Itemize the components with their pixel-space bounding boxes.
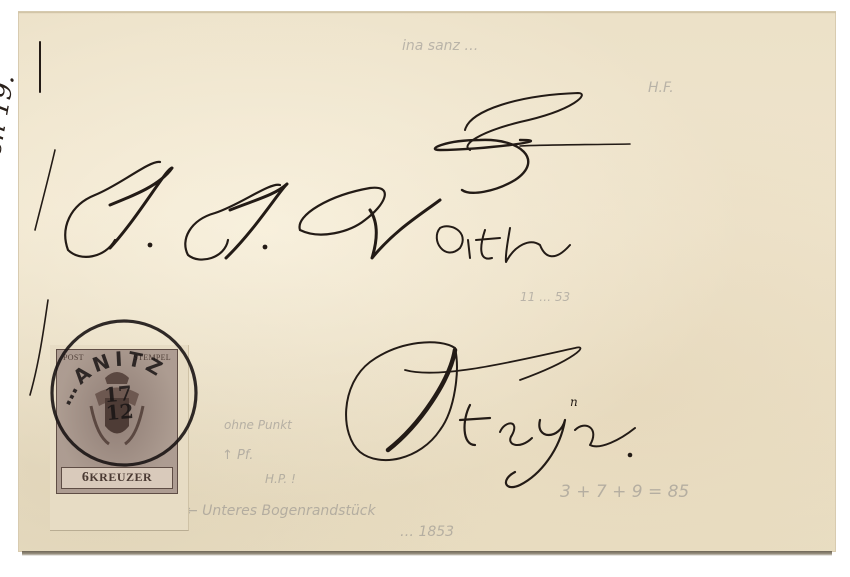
postmark-date: 17 12: [103, 384, 134, 422]
stamp-value-label: 6KREUZER: [82, 470, 152, 486]
destination-superscript: n: [570, 395, 578, 409]
stamp-value-band: 6KREUZER: [61, 467, 173, 489]
postmark-month: 12: [105, 402, 134, 422]
letter-photo: ina sanz … H.F. 11 … 53 ohne Punkt ↑ Pf.…: [0, 0, 850, 577]
